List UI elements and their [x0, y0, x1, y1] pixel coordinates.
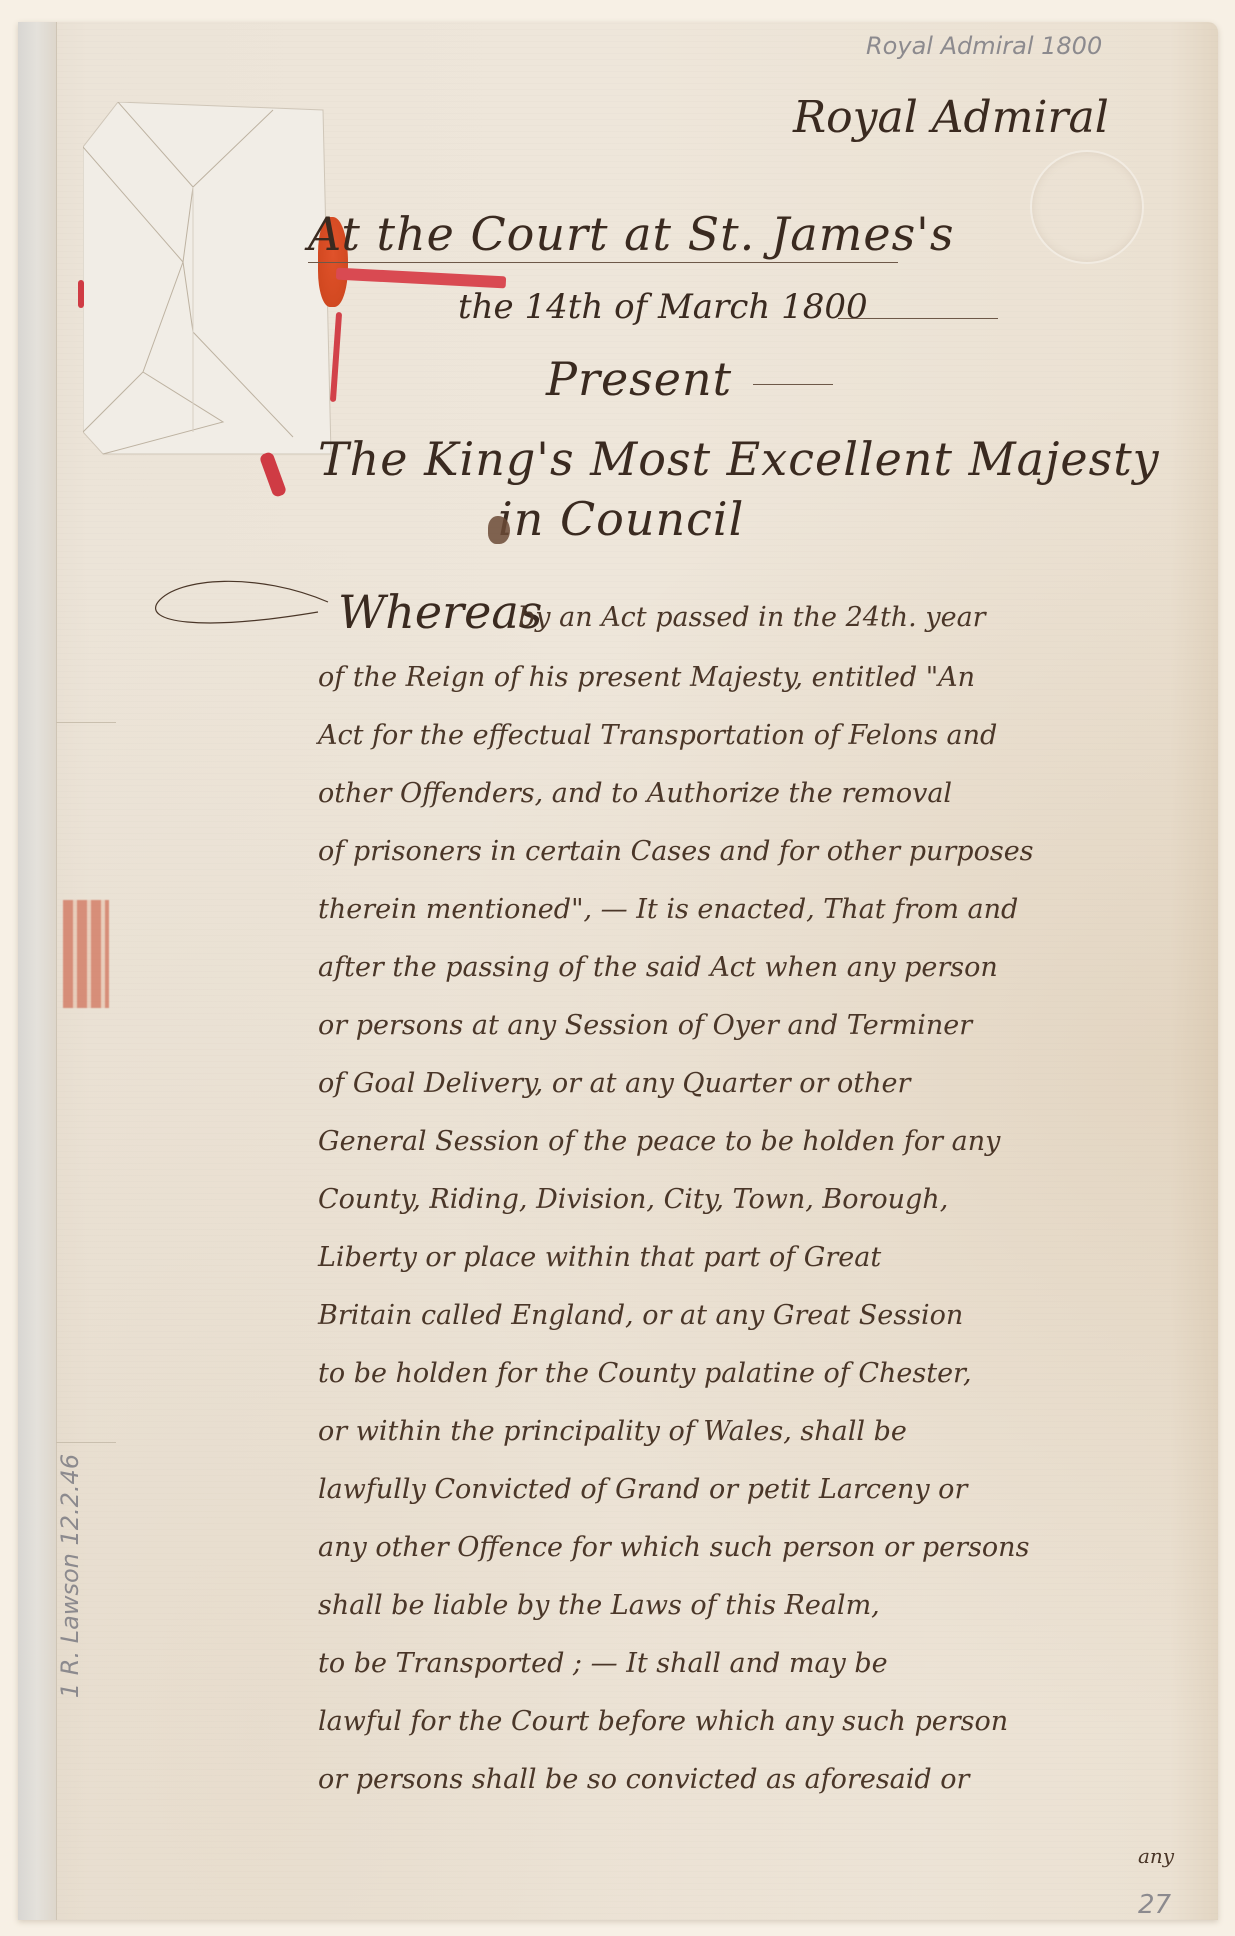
red-stamp-mark-icon: [63, 900, 109, 1008]
header-line-majesty: The King's Most Excellent Majesty: [318, 432, 1160, 486]
body-line: Act for the effectual Transportation of …: [318, 720, 997, 751]
margin-pencil-note: 1 R. Lawson 12.2.46: [56, 1454, 84, 1698]
body-line: of the Reign of his present Majesty, ent…: [318, 662, 975, 693]
body-line: shall be liable by the Laws of this Real…: [318, 1590, 880, 1621]
document-viewer: Royal Admiral 1800 Royal Admiral At the …: [0, 0, 1235, 1936]
body-line: to be Transported ; — It shall and may b…: [318, 1648, 888, 1679]
body-line: by an Act passed in the 24th. year: [518, 602, 986, 633]
body-line: or within the principality of Wales, sha…: [318, 1416, 907, 1447]
folio-number: 27: [1138, 1890, 1171, 1920]
fold-crease: [56, 1442, 116, 1443]
flourish-line: [753, 384, 833, 385]
body-line: to be holden for the County palatine of …: [318, 1358, 972, 1389]
body-line: lawfully Convicted of Grand or petit Lar…: [318, 1474, 967, 1505]
body-line: County, Riding, Division, City, Town, Bo…: [318, 1184, 948, 1215]
embossed-stamp-icon: [1030, 150, 1144, 264]
header-line-present: Present: [546, 352, 732, 406]
body-line: or persons at any Session of Oyer and Te…: [318, 1010, 972, 1041]
red-ribbon-icon: [336, 268, 506, 289]
binding-spine: [18, 22, 57, 1920]
header-line-date: the 14th of March 1800: [458, 287, 868, 327]
body-line: or persons shall be so convicted as afor…: [318, 1764, 969, 1795]
body-line: lawful for the Court before which any su…: [318, 1706, 1008, 1737]
opening-word: Whereas: [338, 585, 542, 639]
body-line: after the passing of the said Act when a…: [318, 952, 998, 983]
ink-blot-icon: [488, 516, 510, 544]
body-line: other Offenders, and to Authorize the re…: [318, 778, 952, 809]
red-thread-icon: [78, 280, 84, 308]
header-line-council: in Council: [498, 492, 744, 546]
header-line-court: At the Court at St. James's: [308, 207, 954, 261]
body-line: General Session of the peace to be holde…: [318, 1126, 1000, 1157]
folded-packet-icon: [83, 102, 335, 462]
flourish-icon: [138, 572, 338, 632]
body-line: of prisoners in certain Cases and for ot…: [318, 836, 1034, 867]
body-line: therein mentioned", — It is enacted, Tha…: [318, 894, 1018, 925]
fold-crease: [56, 722, 116, 723]
body-line: Liberty or place within that part of Gre…: [318, 1242, 881, 1273]
archive-annotation: Royal Admiral 1800: [866, 32, 1102, 60]
flourish-line: [838, 318, 998, 319]
body-line: of Goal Delivery, or at any Quarter or o…: [318, 1068, 910, 1099]
ship-heading: Royal Admiral: [793, 92, 1109, 143]
manuscript-page: Royal Admiral 1800 Royal Admiral At the …: [18, 22, 1218, 1920]
body-line: any other Offence for which such person …: [318, 1532, 1029, 1563]
body-line: Britain called England, or at any Great …: [318, 1300, 963, 1331]
catchword: any: [1138, 1844, 1174, 1868]
flourish-line: [308, 262, 898, 263]
